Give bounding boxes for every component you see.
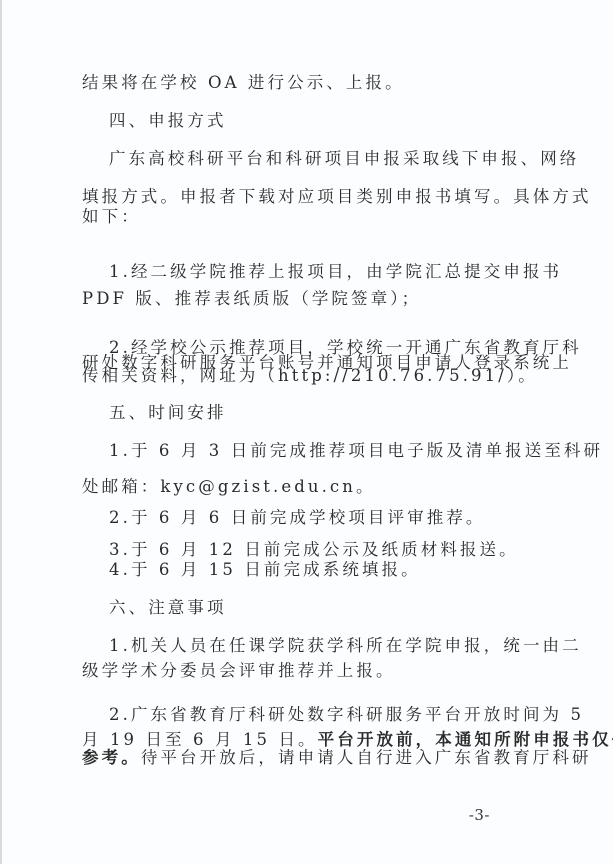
list-item-text-mixed: 参考。待平台开放后，请申请人自行进入广东省教育厅科研 bbox=[82, 748, 592, 768]
section-heading-schedule: 五、时间安排 bbox=[109, 403, 227, 423]
paragraph-text: 广东高校科研平台和科研项目申报采取线下申报、网络 bbox=[109, 149, 579, 169]
list-item-text: PDF 版、推荐表纸质版（学院签章）； bbox=[82, 289, 421, 309]
list-item-text: 2.广东省教育厅科研处数字科研服务平台开放时间为 5 bbox=[109, 705, 584, 725]
section-heading-application-method: 四、申报方式 bbox=[109, 111, 227, 131]
list-item-text: 2.于 6 月 6 日前完成学校项目评审推荐。 bbox=[109, 508, 486, 528]
normal-text: 待平台开放后，请申请人自行进入广东省教育厅科研 bbox=[141, 748, 592, 767]
bold-emphasis-text: 参考。 bbox=[82, 748, 141, 767]
list-item-text: 1.经二级学院推荐上报项目，由学院汇总提交申报书 bbox=[109, 262, 562, 282]
list-item-text-with-email: 处邮箱：kyc@gzist.edu.cn。 bbox=[82, 477, 376, 497]
list-item-text: 1.机关人员在任课学院获学科所在学院申报，统一由二 bbox=[109, 636, 582, 656]
list-item-text: 级学学术分委员会评审推荐并上报。 bbox=[82, 661, 396, 681]
list-item-text: 1.于 6 月 3 日前完成推荐项目电子版及清单报送至科研 bbox=[109, 441, 603, 461]
section-heading-notes: 六、注意事项 bbox=[109, 598, 227, 618]
list-item-text-mixed: 月 19 日至 6 月 15 日。平台开放前，本通知所附申报书仅供 bbox=[82, 730, 613, 750]
list-item-text: 4.于 6 月 15 日前完成系统填报。 bbox=[109, 560, 421, 580]
page-number: -3- bbox=[469, 806, 490, 824]
paragraph-text: 如下： bbox=[82, 207, 141, 227]
paragraph-text: 填报方式。申报者下载对应项目类别申报书填写。具体方式 bbox=[82, 187, 592, 207]
list-item-text: 3.于 6 月 12 日前完成公示及纸质材料报送。 bbox=[109, 540, 519, 560]
bold-emphasis-text: 平台开放前，本通知所附申报书仅供 bbox=[318, 730, 613, 749]
paragraph-text: 结果将在学校 OA 进行公示、上报。 bbox=[82, 73, 405, 93]
normal-text: 月 19 日至 6 月 15 日。 bbox=[82, 730, 318, 749]
list-item-text-with-url: 传相关资料，网址为（http://210.76.75.91/）。 bbox=[82, 366, 538, 386]
document-page: 结果将在学校 OA 进行公示、上报。 四、申报方式 广东高校科研平台和科研项目申… bbox=[0, 0, 613, 864]
